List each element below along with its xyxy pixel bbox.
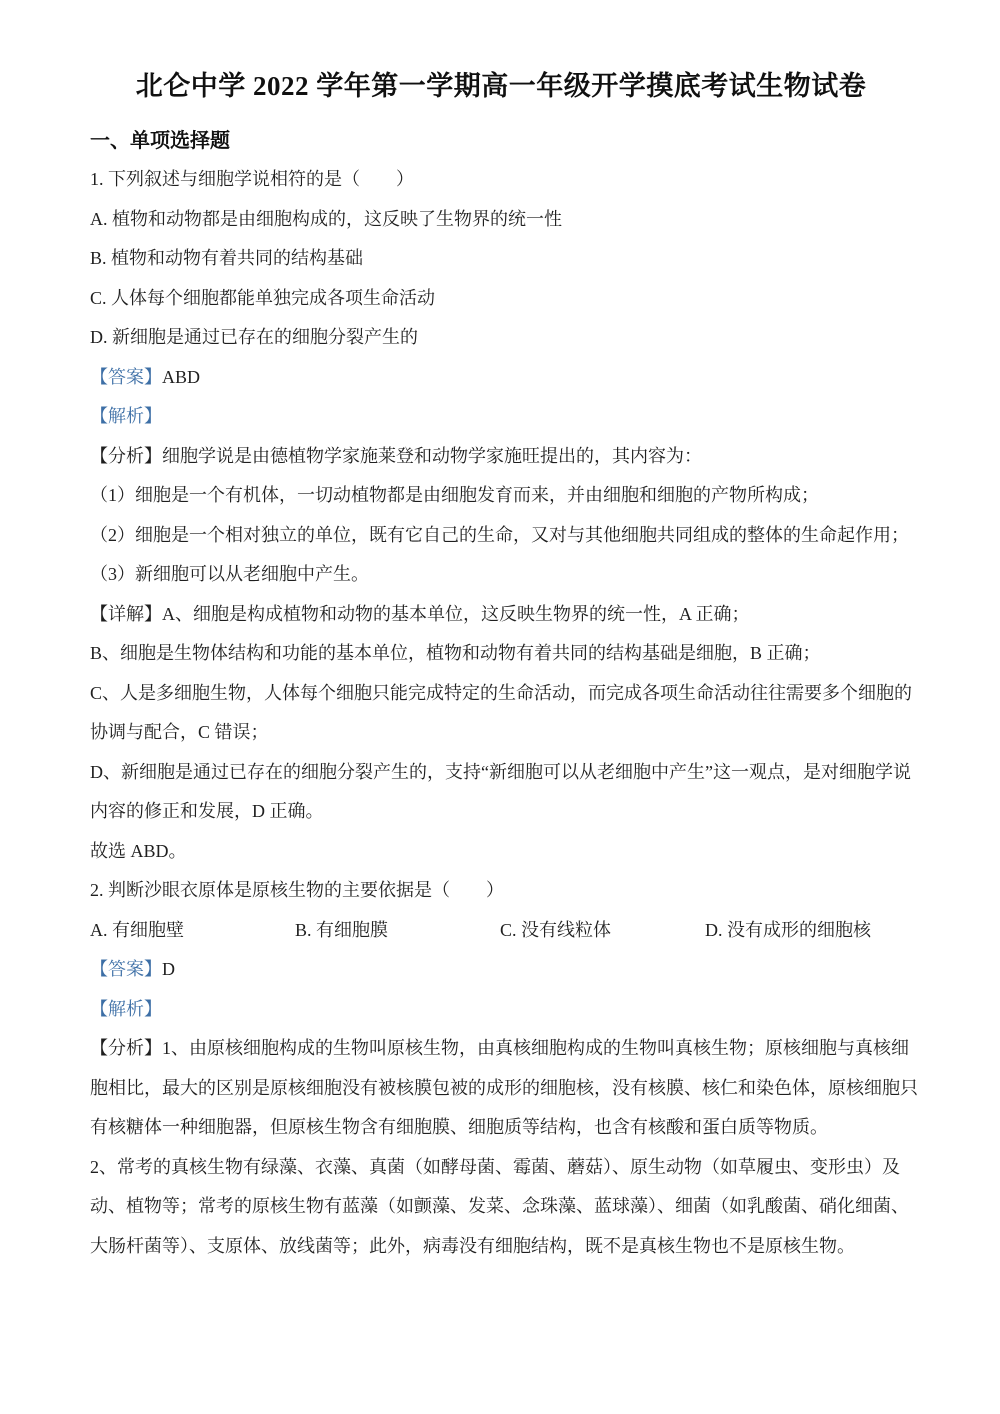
section-heading-single-choice: 一、单项选择题 (90, 122, 912, 160)
question-2-answer-line: 【答案】D (90, 950, 912, 990)
question-1-explanation-line: （1）细胞是一个有机体，一切动植物都是由细胞发育而来，并由细胞和细胞的产物所构成… (90, 476, 912, 516)
question-2-explanation-line: 有核糖体一种细胞器，但原核生物含有细胞膜、细胞质等结构，也含有核酸和蛋白质等物质… (90, 1108, 912, 1148)
question-1-explanation-line: （3）新细胞可以从老细胞中产生。 (90, 555, 912, 595)
question-1-options: A. 植物和动物都是由细胞构成的，这反映了生物界的统一性B. 植物和动物有着共同… (90, 200, 912, 358)
question-1-explanation-line: 内容的修正和发展，D 正确。 (90, 792, 912, 832)
analysis-marker: 【解析】 (90, 406, 162, 426)
question-1-stem: 1. 下列叙述与细胞学说相符的是（ ） (90, 160, 912, 200)
question-1-explanation-line: B、细胞是生物体结构和功能的基本单位，植物和动物有着共同的结构基础是细胞，B 正… (90, 634, 912, 674)
question-1-explanation-line: 协调与配合，C 错误； (90, 713, 912, 753)
question-1-explanation: 【分析】细胞学说是由德植物学家施莱登和动物学家施旺提出的，其内容为：（1）细胞是… (90, 437, 912, 872)
question-1-explanation-line: C、人是多细胞生物，人体每个细胞只能完成特定的生命活动，而完成各项生命活动往往需… (90, 674, 912, 714)
question-2-option: D. 没有成形的细胞核 (705, 911, 871, 951)
question-2-explanation-line: 胞相比，最大的区别是原核细胞没有被核膜包被的成形的细胞核，没有核膜、核仁和染色体… (90, 1069, 912, 1109)
question-2-explanation-line: 【分析】1、由原核细胞构成的生物叫原核生物，由真核细胞构成的生物叫真核生物；原核… (90, 1029, 912, 1069)
question-1-explanation-line: 故选 ABD。 (90, 832, 912, 872)
answer-marker: 【答案】 (90, 959, 162, 979)
question-1-answer-value: ABD (162, 367, 200, 387)
question-2-explanation-line: 大肠杆菌等）、支原体、放线菌等；此外，病毒没有细胞结构，既不是真核生物也不是原核… (90, 1227, 912, 1267)
answer-marker: 【答案】 (90, 367, 162, 387)
analysis-marker: 【解析】 (90, 999, 162, 1019)
question-1-explanation-line: 【详解】A、细胞是构成植物和动物的基本单位，这反映生物界的统一性，A 正确； (90, 595, 912, 635)
question-2-answer-value: D (162, 959, 175, 979)
question-2-stem: 2. 判断沙眼衣原体是原核生物的主要依据是（ ） (90, 871, 912, 911)
page-title: 北仑中学 2022 学年第一学期高一年级开学摸底考试生物试卷 (90, 66, 912, 106)
question-1-option: C. 人体每个细胞都能单独完成各项生命活动 (90, 279, 912, 319)
question-1-explanation-line: （2）细胞是一个相对独立的单位，既有它自己的生命，又对与其他细胞共同组成的整体的… (90, 516, 912, 556)
question-2-option: B. 有细胞膜 (295, 911, 500, 951)
question-2-option: A. 有细胞壁 (90, 911, 295, 951)
question-2-analysis-marker-line: 【解析】 (90, 990, 912, 1030)
question-2-explanation-line: 动、植物等；常考的原核生物有蓝藻（如颤藻、发菜、念珠藻、蓝球藻）、细菌（如乳酸菌… (90, 1187, 912, 1227)
question-2-explanation: 【分析】1、由原核细胞构成的生物叫原核生物，由真核细胞构成的生物叫真核生物；原核… (90, 1029, 912, 1266)
question-1-option: A. 植物和动物都是由细胞构成的，这反映了生物界的统一性 (90, 200, 912, 240)
question-1-explanation-line: 【分析】细胞学说是由德植物学家施莱登和动物学家施旺提出的，其内容为： (90, 437, 912, 477)
question-2-options: A. 有细胞壁B. 有细胞膜C. 没有线粒体D. 没有成形的细胞核 (90, 911, 912, 951)
question-1-answer-line: 【答案】ABD (90, 358, 912, 398)
question-1-option: B. 植物和动物有着共同的结构基础 (90, 239, 912, 279)
exam-document-page: 北仑中学 2022 学年第一学期高一年级开学摸底考试生物试卷 一、单项选择题 1… (0, 0, 1000, 1414)
question-1-explanation-line: D、新细胞是通过已存在的细胞分裂产生的，支持“新细胞可以从老细胞中产生”这一观点… (90, 753, 912, 793)
question-1-analysis-marker-line: 【解析】 (90, 397, 912, 437)
question-2-option: C. 没有线粒体 (500, 911, 705, 951)
question-1-option: D. 新细胞是通过已存在的细胞分裂产生的 (90, 318, 912, 358)
question-2-explanation-line: 2、常考的真核生物有绿藻、衣藻、真菌（如酵母菌、霉菌、蘑菇）、原生动物（如草履虫… (90, 1148, 912, 1188)
